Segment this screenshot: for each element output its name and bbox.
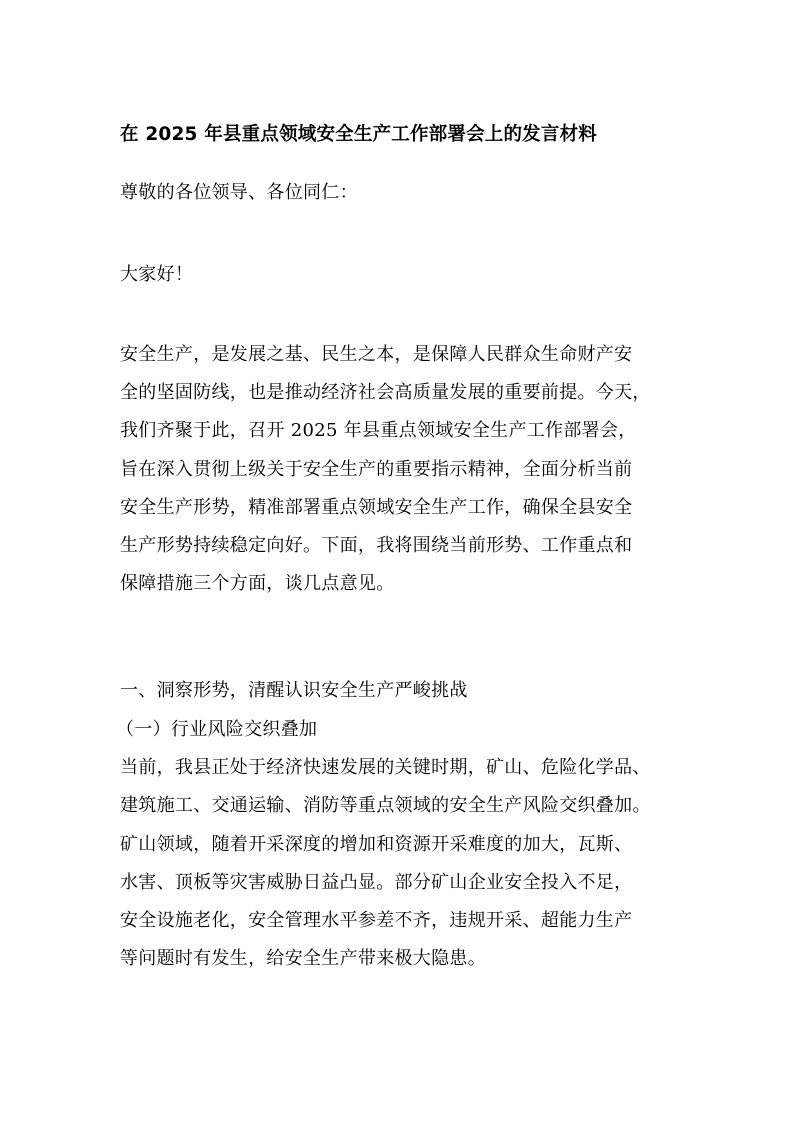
paragraph-line: 保障措施三个方面，谈几点意见。 — [120, 572, 680, 596]
paragraph-line: 安全设施老化，安全管理水平参差不齐，违规开采、超能力生产 — [120, 909, 680, 933]
paragraph-line: 水害、顶板等灾害威胁日益凸显。部分矿山企业安全投入不足， — [120, 871, 680, 895]
paragraph-line: 安全生产形势，精准部署重点领域安全生产工作，确保全县安全 — [120, 496, 680, 520]
paragraph-line: 我们齐聚于此，召开 2025 年县重点领域安全生产工作部署会， — [120, 419, 680, 443]
paragraph-line: 建筑施工、交通运输、消防等重点领域的安全生产风险交织叠加。 — [120, 794, 680, 818]
paragraph-line: 生产形势持续稳定向好。下面，我将围绕当前形势、工作重点和 — [120, 534, 680, 558]
paragraph-line: 旨在深入贯彻上级关于安全生产的重要指示精神，全面分析当前 — [120, 458, 680, 482]
salutation: 尊敬的各位领导、各位同仁： — [120, 181, 680, 205]
document-page: 在 2025 年县重点领域安全生产工作部署会上的发言材料 尊敬的各位领导、各位同… — [0, 0, 793, 1122]
section-heading: 一、洞察形势，清醒认识安全生产严峻挑战 — [120, 679, 680, 703]
paragraph-line: 矿山领域，随着开采深度的增加和资源开采难度的加大，瓦斯、 — [120, 833, 680, 857]
paragraph-line: 安全生产，是发展之基、民生之本，是保障人民群众生命财产安 — [120, 343, 680, 367]
paragraph-line: 等问题时有发生，给安全生产带来极大隐患。 — [120, 947, 680, 971]
greeting: 大家好！ — [120, 263, 680, 287]
document-title: 在 2025 年县重点领域安全生产工作部署会上的发言材料 — [120, 123, 680, 147]
subsection-heading: （一）行业风险交织叠加 — [116, 718, 676, 742]
paragraph-line: 全的坚固防线，也是推动经济社会高质量发展的重要前提。今天， — [120, 381, 680, 405]
paragraph-line: 当前，我县正处于经济快速发展的关键时期，矿山、危险化学品、 — [120, 756, 680, 780]
